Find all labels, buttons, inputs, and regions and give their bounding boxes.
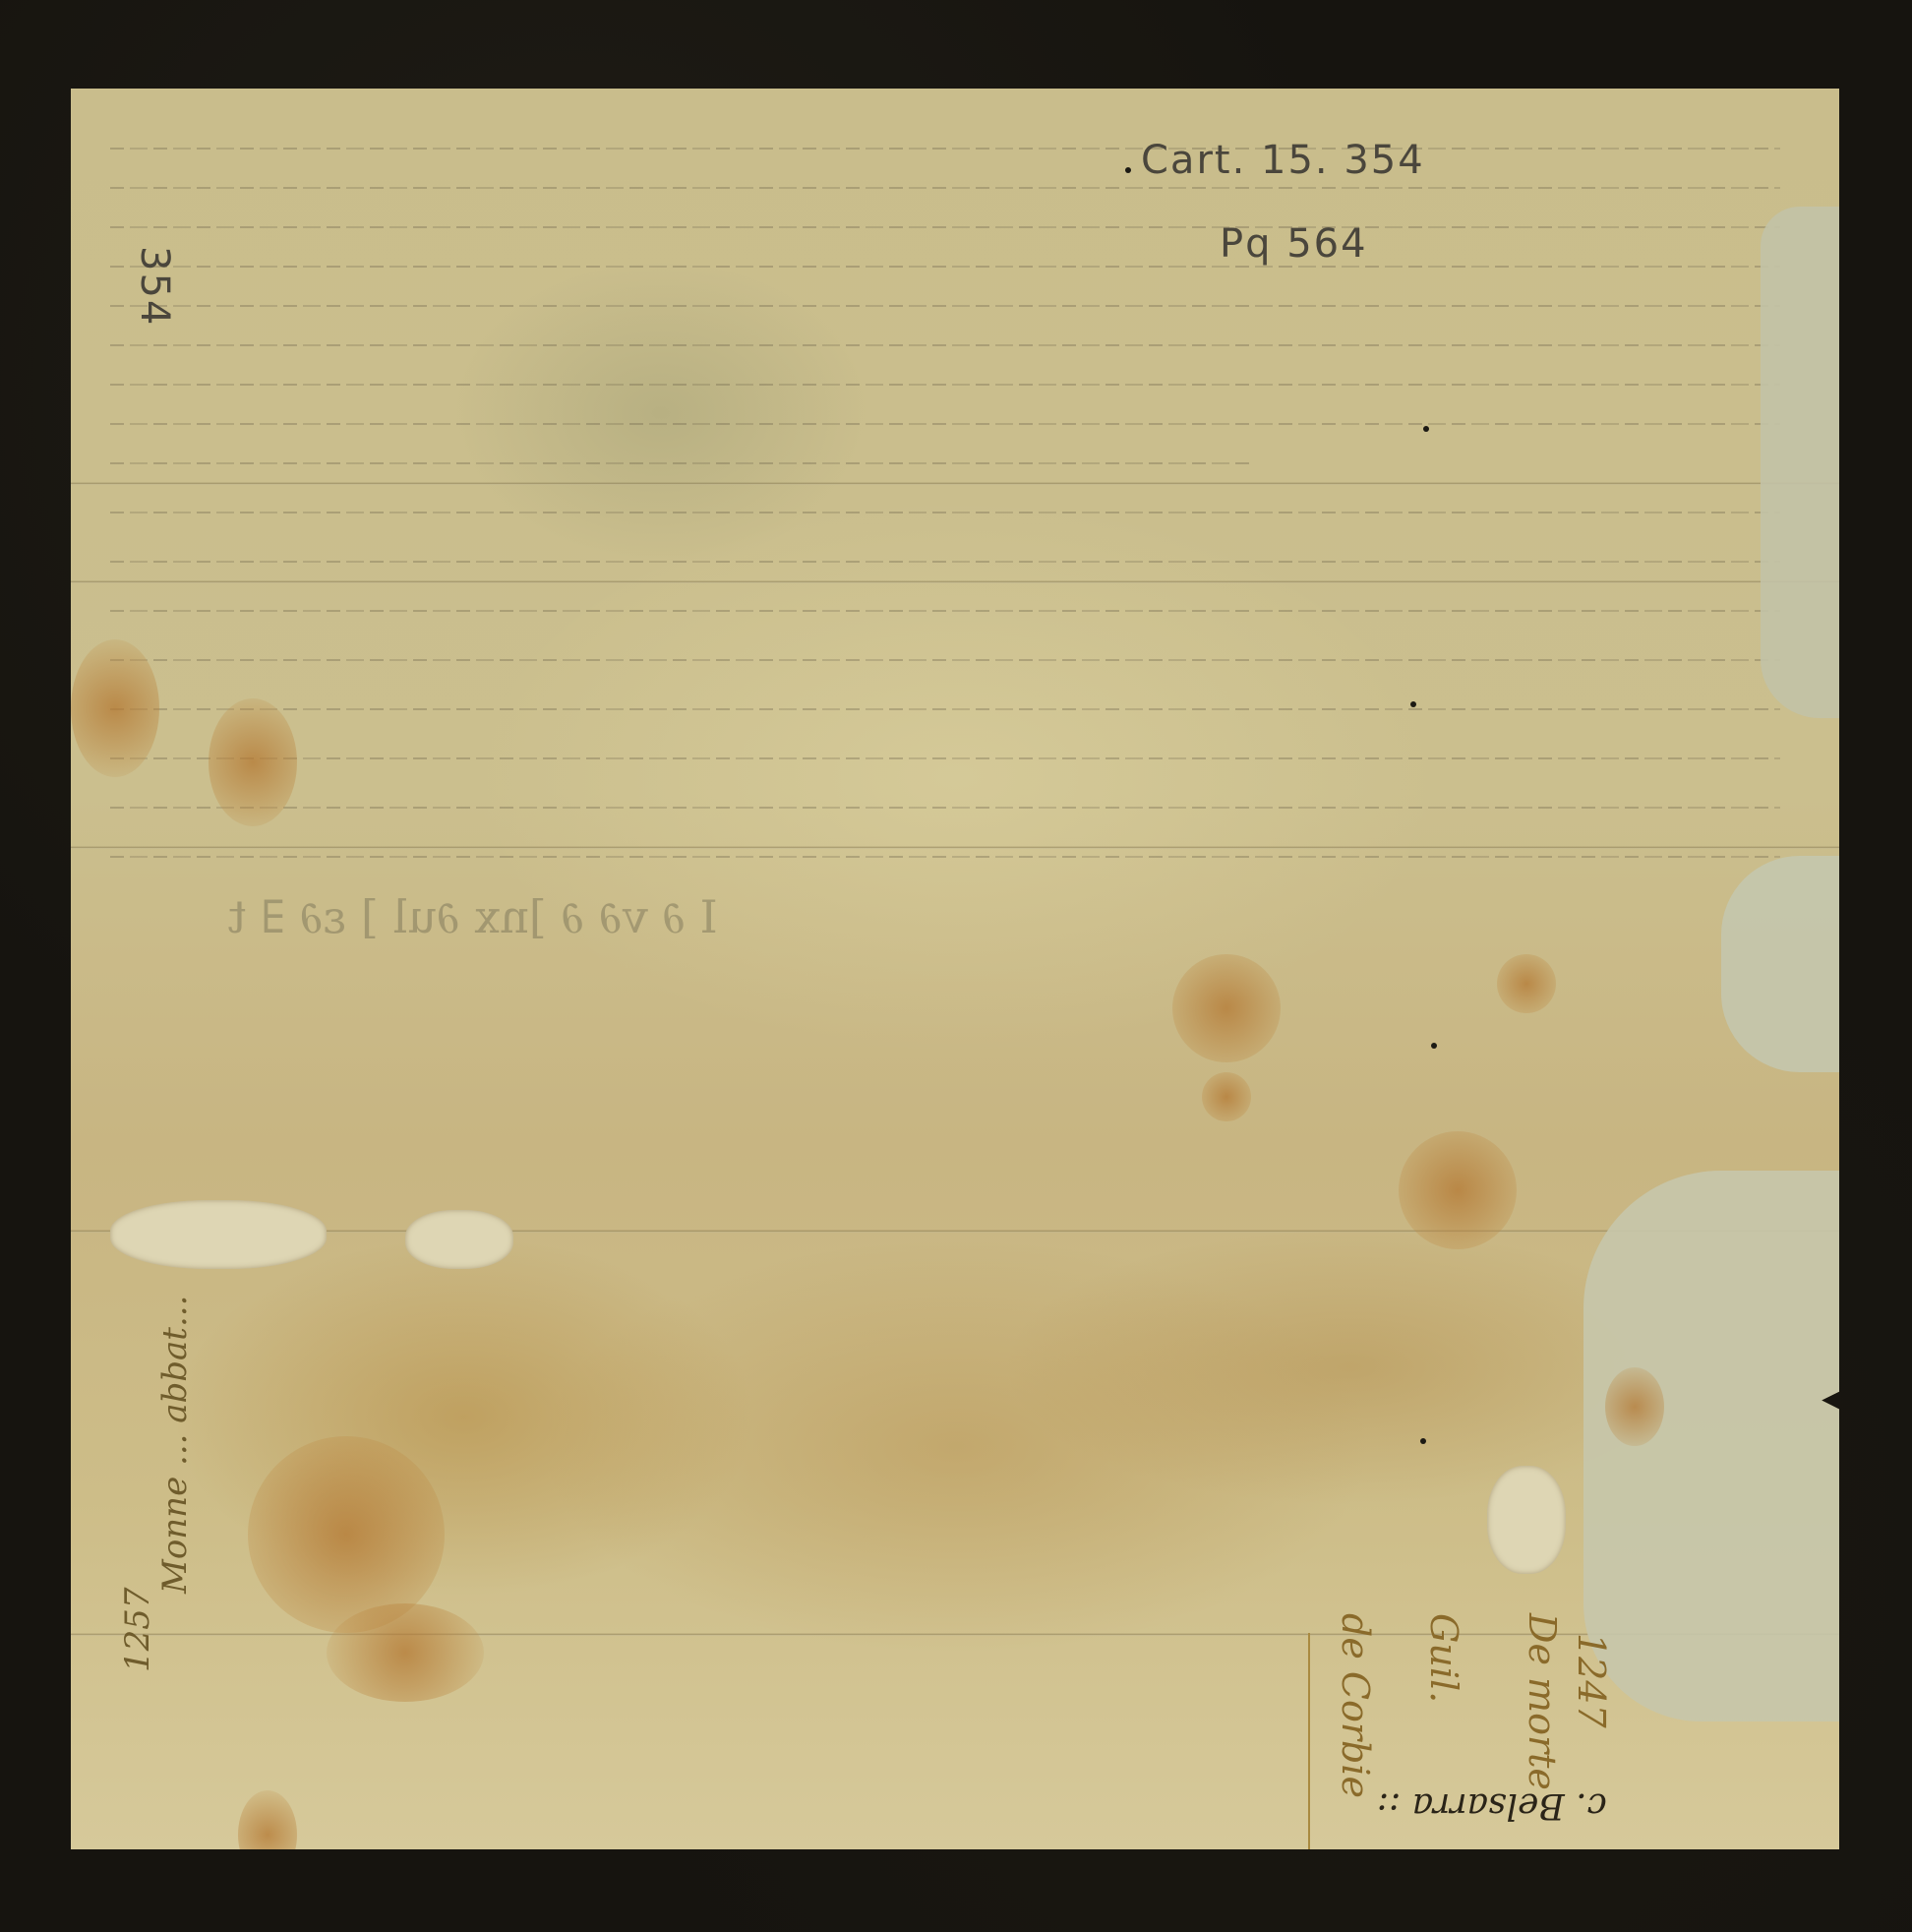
stain xyxy=(71,639,159,777)
fold-line xyxy=(71,580,1839,583)
left-margin-note: Monne ... abbat... xyxy=(155,1296,195,1594)
faint-text-line xyxy=(110,561,1780,563)
faint-text-line xyxy=(110,305,1780,307)
faint-text-line xyxy=(110,423,1780,425)
shelfmark-line-1: Cart. 15. 354 xyxy=(1141,138,1425,183)
faint-text-line xyxy=(110,807,1780,809)
parchment-hole xyxy=(405,1210,513,1269)
repair-patch xyxy=(1761,207,1839,718)
shelfmark-line-2: Pq 564 xyxy=(1220,221,1368,267)
ink-dot xyxy=(1423,426,1429,432)
ink-dot xyxy=(1125,167,1131,173)
parchment-hole xyxy=(110,1200,327,1269)
fold-line xyxy=(71,482,1839,485)
repair-patch xyxy=(1583,1171,1839,1721)
stain xyxy=(1497,954,1556,1013)
faint-text-line xyxy=(110,462,1249,464)
left-margin-date: 1257 xyxy=(118,1587,157,1672)
faint-text-line xyxy=(110,757,1780,759)
faint-text-line xyxy=(110,610,1780,612)
faint-text-line xyxy=(110,344,1780,346)
parchment-sheet: I ∂ v∂ ∂ ]nx ∂ul ] ε∂ ∃ t xyxy=(71,89,1839,1849)
stain xyxy=(209,698,297,826)
ink-rule xyxy=(1308,1633,1310,1849)
faint-text-line xyxy=(110,148,1780,150)
fold-line xyxy=(71,846,1839,849)
stain xyxy=(1605,1367,1664,1446)
ink-dot xyxy=(1410,701,1416,707)
stain xyxy=(1202,1072,1251,1121)
bottom-right-note-3: de Corbie xyxy=(1334,1613,1377,1798)
ink-dot xyxy=(1420,1438,1426,1444)
bleedthrough-signatures: I ∂ v∂ ∂ ]nx ∂ul ] ε∂ ∃ t xyxy=(228,890,718,943)
repair-patch xyxy=(1721,856,1839,1072)
bottom-right-note-1: De morte xyxy=(1521,1613,1564,1790)
stain xyxy=(327,1603,484,1702)
faint-text-line xyxy=(110,266,1780,268)
margin-number: 354 xyxy=(132,246,177,327)
bottom-right-note-4: c. Belsarra :: xyxy=(1377,1785,1607,1826)
faint-text-line xyxy=(110,512,1780,513)
faint-text-line xyxy=(110,384,1780,386)
faint-text-line xyxy=(110,226,1780,228)
faint-text-line xyxy=(110,856,1780,858)
ink-dot xyxy=(1431,1043,1437,1049)
fold-line xyxy=(71,1230,1839,1233)
parchment-hole xyxy=(1487,1466,1566,1574)
bottom-right-date: 1247 xyxy=(1570,1633,1613,1728)
bottom-right-note-2: Guil. xyxy=(1422,1613,1465,1703)
stain xyxy=(1399,1131,1517,1249)
faint-text-line xyxy=(110,708,1780,710)
faint-text-line xyxy=(110,187,1780,189)
stain xyxy=(1172,954,1281,1062)
faint-text-line xyxy=(110,659,1780,661)
